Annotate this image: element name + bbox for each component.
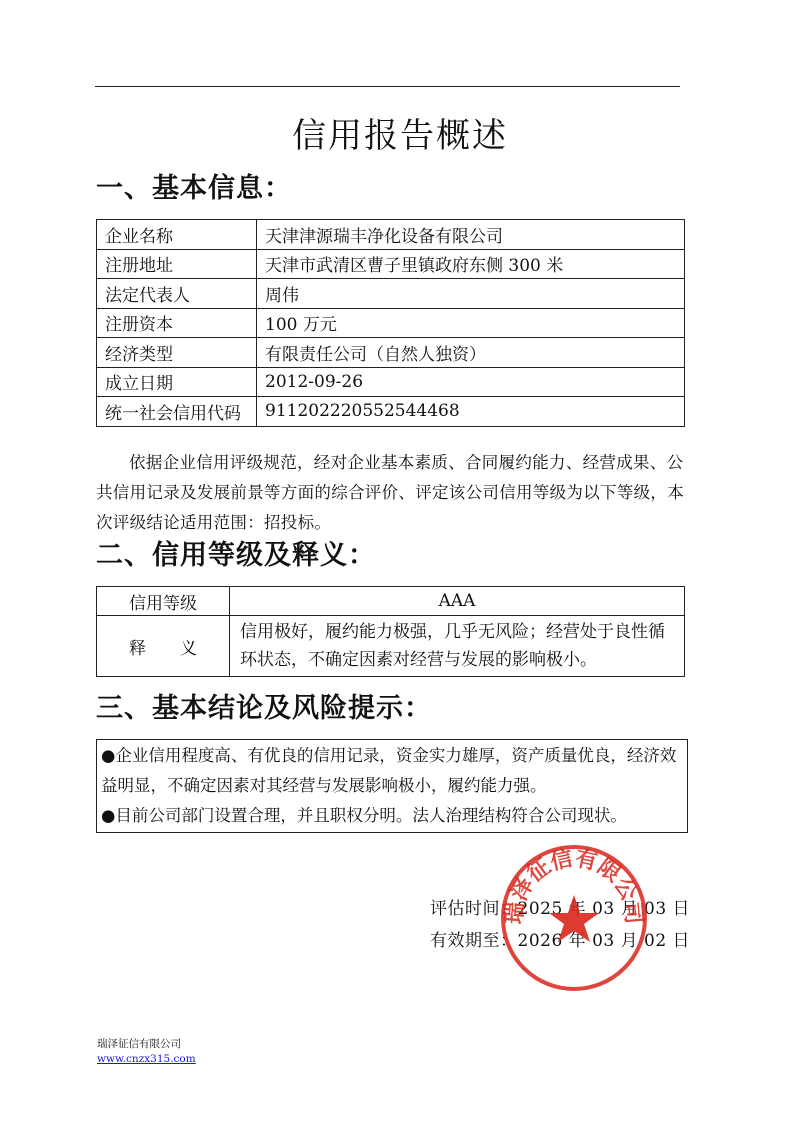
footer: 瑞泽征信有限公司 www.cnzx315.com: [97, 1037, 196, 1067]
field-value: 2012-09-26: [257, 367, 685, 397]
grade-label: 信用等级: [97, 587, 230, 616]
company-seal-icon: 瑞泽征信有限公司: [499, 843, 649, 993]
field-label: 经济类型: [97, 338, 257, 368]
grade-value: AAA: [230, 587, 685, 616]
field-label: 注册资本: [97, 308, 257, 338]
field-label: 成立日期: [97, 367, 257, 397]
field-value: 天津市武清区曹子里镇政府东侧 300 米: [257, 249, 685, 279]
footer-company: 瑞泽征信有限公司: [97, 1037, 196, 1052]
footer-website-link[interactable]: www.cnzx315.com: [97, 1053, 196, 1065]
conclusion-item: ●目前公司部门设置合理，并且职权分明。法人治理结构符合公司现状。: [101, 801, 683, 831]
field-value: 100 万元: [257, 308, 685, 338]
field-label: 统一社会信用代码: [97, 397, 257, 427]
field-label: 注册地址: [97, 249, 257, 279]
table-row: 信用等级 AAA: [97, 587, 685, 616]
header-rule: [95, 86, 680, 87]
meaning-value: 信用极好，履约能力极强，几乎无风险；经营处于良性循环状态，不确定因素对经营与发展…: [230, 616, 685, 677]
field-label: 企业名称: [97, 220, 257, 250]
field-label: 法定代表人: [97, 279, 257, 309]
basic-info-table: 企业名称天津津源瑞丰净化设备有限公司 注册地址天津市武清区曹子里镇政府东侧 30…: [96, 219, 685, 427]
field-value: 有限责任公司（自然人独资）: [257, 338, 685, 368]
table-row: 成立日期2012-09-26: [97, 367, 685, 397]
table-row: 企业名称天津津源瑞丰净化设备有限公司: [97, 220, 685, 250]
section-heading-basic-info: 一、基本信息：: [96, 166, 292, 205]
section-heading-conclusion: 三、基本结论及风险提示：: [96, 686, 432, 725]
table-row: 经济类型有限责任公司（自然人独资）: [97, 338, 685, 368]
field-value: 周伟: [257, 279, 685, 309]
table-row: 注册地址天津市武清区曹子里镇政府东侧 300 米: [97, 249, 685, 279]
table-row: 统一社会信用代码911202220552544468: [97, 397, 685, 427]
table-row: 释 义 信用极好，履约能力极强，几乎无风险；经营处于良性循环状态，不确定因素对经…: [97, 616, 685, 677]
section-heading-grade: 二、信用等级及释义：: [96, 533, 376, 572]
rating-description: 依据企业信用评级规范，经对企业基本素质、合同履约能力、经营成果、公共信用记录及发…: [96, 448, 686, 538]
conclusion-item: ●企业信用程度高、有优良的信用记录，资金实力雄厚，资产质量优良，经济效益明显，不…: [101, 741, 683, 801]
field-value: 911202220552544468: [257, 397, 685, 427]
meaning-label: 释 义: [97, 616, 230, 677]
table-row: 法定代表人周伟: [97, 279, 685, 309]
table-row: 注册资本100 万元: [97, 308, 685, 338]
field-value: 天津津源瑞丰净化设备有限公司: [257, 220, 685, 250]
page-title: 信用报告概述: [0, 108, 800, 157]
conclusion-box: ●企业信用程度高、有优良的信用记录，资金实力雄厚，资产质量优良，经济效益明显，不…: [96, 739, 688, 833]
grade-table: 信用等级 AAA 释 义 信用极好，履约能力极强，几乎无风险；经营处于良性循环状…: [96, 586, 685, 677]
